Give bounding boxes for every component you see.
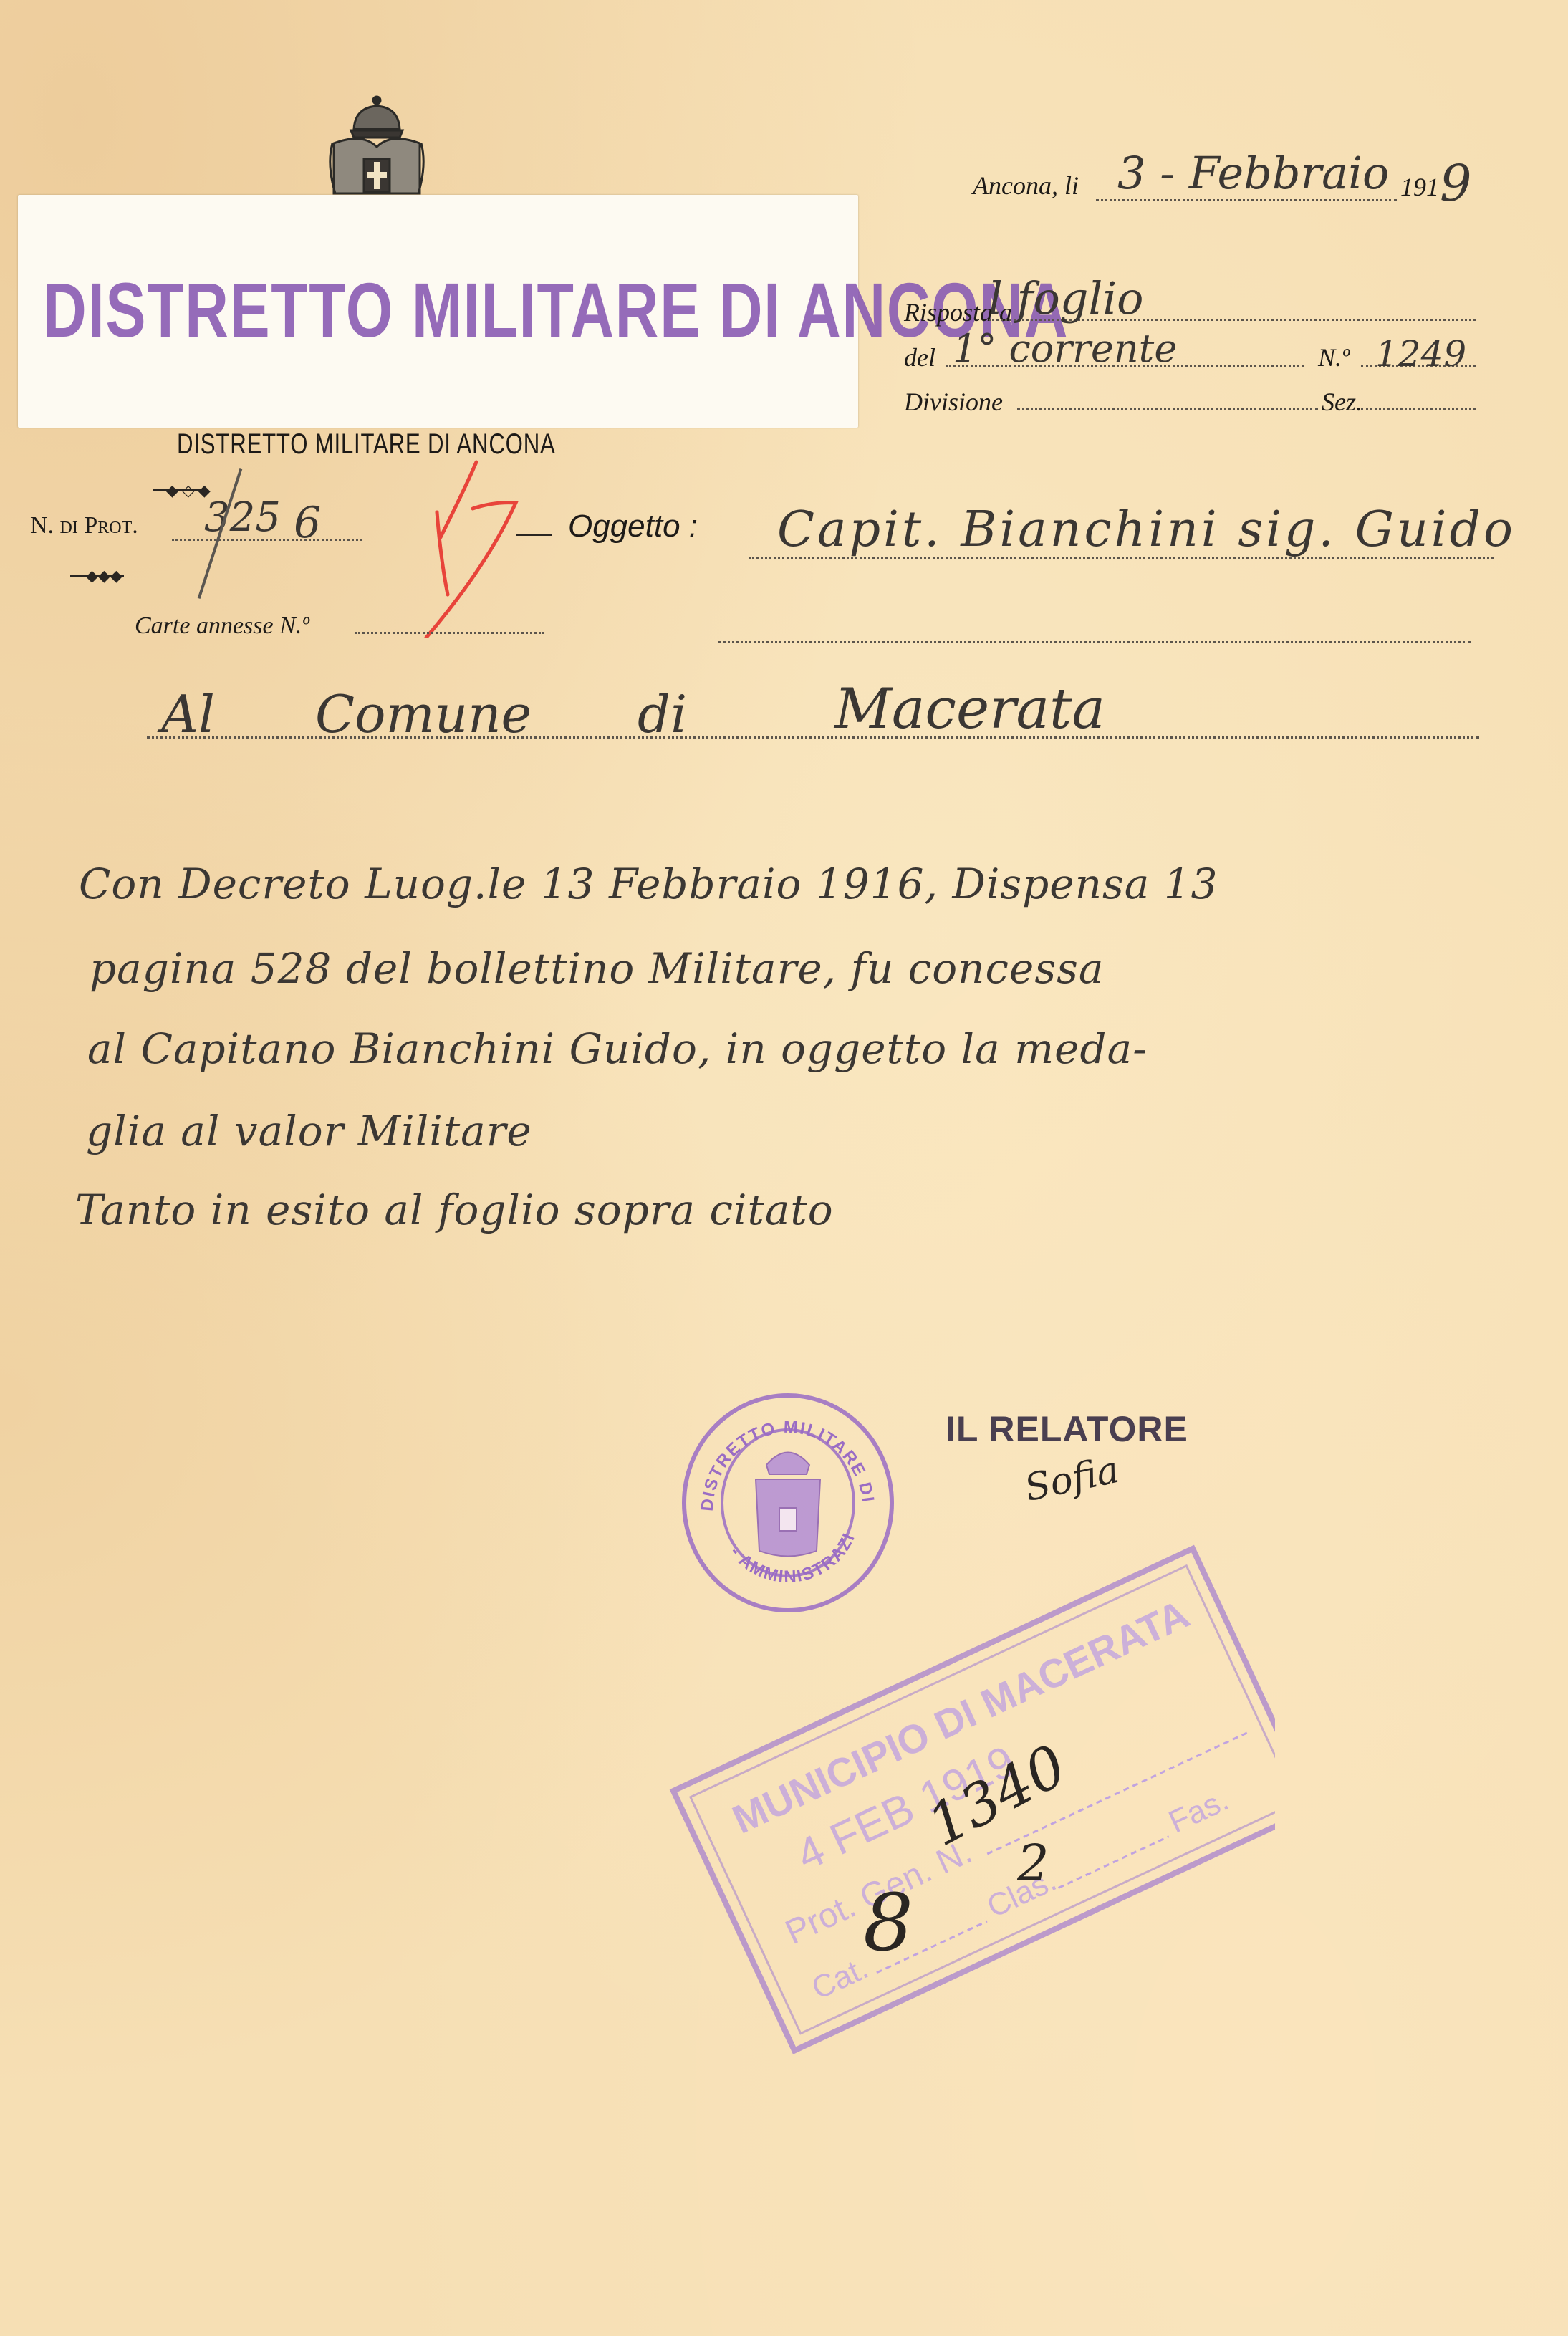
- divisione-field-line: [1017, 408, 1318, 410]
- received-stamp-fas: Fas.: [1163, 1782, 1233, 1840]
- body-line-4: glia al valor Militare: [86, 1107, 532, 1155]
- oggetto-label: Oggetto :: [568, 509, 698, 544]
- carte-field-line: [355, 632, 544, 634]
- prot-suffix: 6: [294, 498, 321, 548]
- relatore-signature: Sofia: [1021, 1448, 1122, 1510]
- ornament-diamonds-bottom: ◆◆◆: [86, 567, 122, 585]
- red-pencil-mark: [423, 458, 523, 638]
- numero-label: N.º: [1318, 342, 1350, 372]
- year-handwritten: 9: [1440, 154, 1472, 213]
- received-clas-handwritten: 2: [1017, 1834, 1049, 1893]
- oggetto-dash: [516, 534, 552, 536]
- divisione-label: Divisione: [904, 387, 1003, 417]
- recipient-main: Comune: [315, 684, 532, 744]
- prot-label: N. di Prot.: [30, 512, 138, 539]
- numero-value: 1249: [1375, 333, 1466, 375]
- carte-label: Carte annesse N.º: [135, 612, 309, 640]
- sez-label: Sez.: [1322, 387, 1362, 417]
- sez-field-line: [1361, 408, 1476, 410]
- crest-icon: [319, 93, 434, 201]
- oggetto-field-line-2: [718, 641, 1471, 643]
- body-line-1: Con Decreto Luog.le 13 Febbraio 1916, Di…: [79, 860, 1218, 908]
- relatore-label: IL RELATORE: [946, 1409, 1188, 1449]
- del-value: 1° corrente: [953, 326, 1177, 371]
- body-line-3: al Capitano Bianchini Guido, in oggetto …: [87, 1024, 1148, 1073]
- body-line-5: Tanto in esito al foglio sopra citato: [75, 1186, 834, 1234]
- printed-office-name: DISTRETTO MILITARE DI ANCONA: [177, 428, 556, 461]
- oggetto-value: Capit. Bianchini sig. Guido: [777, 501, 1516, 558]
- date-handwritten: 3 - Febbraio: [1117, 147, 1389, 199]
- recipient-prefix: Al: [161, 684, 215, 744]
- prot-value: 325: [204, 494, 281, 541]
- date-field-line: [1096, 199, 1397, 201]
- ornament-diamonds-top: ◆ ◇ ◆: [166, 481, 211, 500]
- year-printed: 191: [1400, 172, 1439, 202]
- place-label: Ancona, li: [973, 170, 1079, 201]
- received-cat-handwritten: 8: [863, 1877, 913, 1969]
- recipient-city: Macerata: [834, 677, 1105, 741]
- risposta-value: l foglio: [989, 272, 1144, 325]
- relatore-stamp: IL RELATORE: [946, 1408, 1188, 1450]
- del-label: del: [904, 342, 935, 372]
- body-line-2: pagina 528 del bollettino Militare, fu c…: [90, 944, 1104, 993]
- recipient-di: di: [638, 684, 687, 744]
